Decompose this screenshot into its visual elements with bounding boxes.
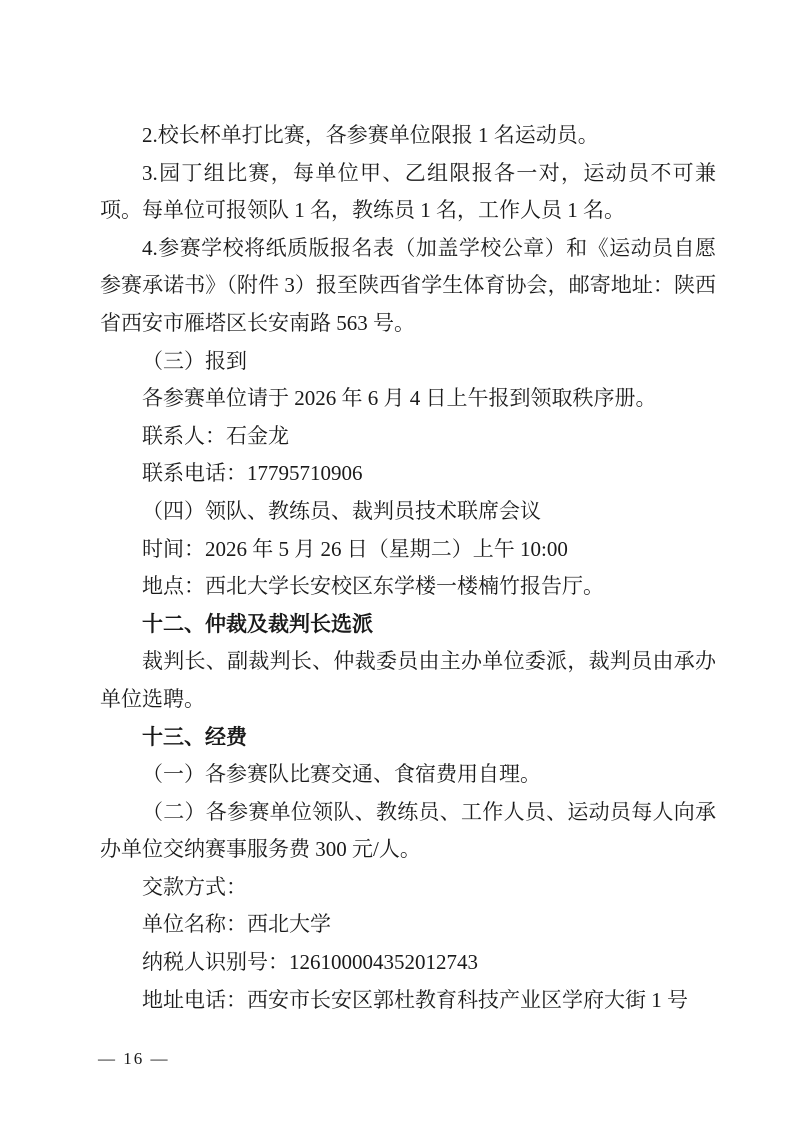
paragraph-checkin-info: 各参赛单位请于 2026 年 6 月 4 日上午报到领取秩序册。: [100, 380, 716, 418]
paragraph-payment-method: 交款方式：: [100, 869, 716, 907]
subsection-heading-checkin: （三）报到: [100, 343, 716, 381]
paragraph-contact-person: 联系人：石金龙: [100, 418, 716, 456]
subsection-heading-meeting: （四）领队、教练员、裁判员技术联席会议: [100, 493, 716, 531]
section-heading-12-arbitration: 十二、仲裁及裁判长选派: [100, 606, 716, 644]
document-page: 2.校长杯单打比赛，各参赛单位限报 1 名运动员。 3.园丁组比赛，每单位甲、乙…: [100, 117, 716, 1019]
paragraph-taxpayer-id: 纳税人识别号：126100004352012743: [100, 944, 716, 982]
paragraph-unit-name: 单位名称：西北大学: [100, 906, 716, 944]
page-number: — 16 —: [98, 1049, 170, 1069]
paragraph-arbitration-body: 裁判长、副裁判长、仲裁委员由主办单位委派，裁判员由承办单位选聘。: [100, 643, 716, 718]
paragraph-rule-4: 4.参赛学校将纸质版报名表（加盖学校公章）和《运动员自愿参赛承诺书》（附件 3）…: [100, 230, 716, 343]
paragraph-funding-1: （一）各参赛队比赛交通、食宿费用自理。: [100, 756, 716, 794]
paragraph-contact-phone: 联系电话：17795710906: [100, 455, 716, 493]
paragraph-rule-2: 2.校长杯单打比赛，各参赛单位限报 1 名运动员。: [100, 117, 716, 155]
paragraph-meeting-location: 地点：西北大学长安校区东学楼一楼楠竹报告厅。: [100, 568, 716, 606]
section-heading-13-funding: 十三、经费: [100, 719, 716, 757]
paragraph-meeting-time: 时间：2026 年 5 月 26 日（星期二）上午 10:00: [100, 531, 716, 569]
paragraph-funding-2: （二）各参赛单位领队、教练员、工作人员、运动员每人向承办单位交纳赛事服务费 30…: [100, 794, 716, 869]
paragraph-rule-3: 3.园丁组比赛，每单位甲、乙组限报各一对，运动员不可兼项。每单位可报领队 1 名…: [100, 155, 716, 230]
paragraph-address-phone: 地址电话：西安市长安区郭杜教育科技产业区学府大街 1 号: [100, 982, 716, 1020]
